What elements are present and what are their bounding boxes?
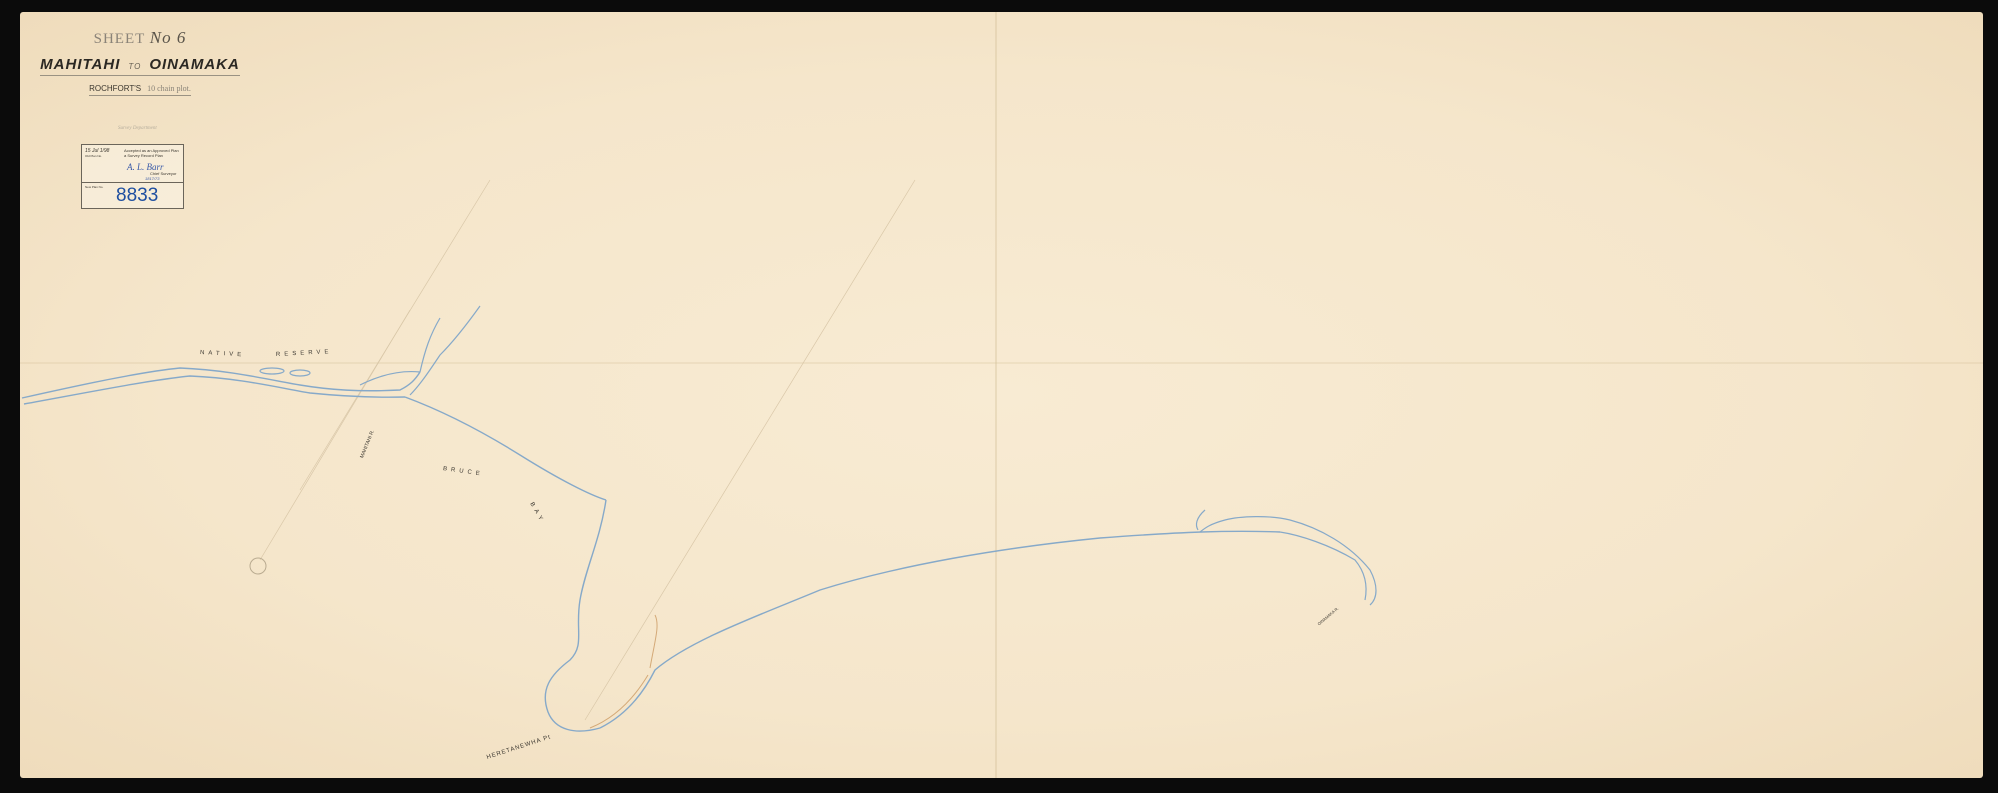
faint-annotation: Survey Department (118, 126, 157, 131)
map-subtitle: ROCHFORT'S10 chain plot. (89, 84, 191, 96)
new-plan-label: New Plan No. (85, 185, 103, 189)
coastline-west (22, 368, 1280, 731)
sheet-number-value: No 6 (150, 28, 187, 47)
stamp-upper: 15 Jul 1/98 Old Plan No. Accepted as an … (82, 145, 183, 183)
sheet-number: SHEET No 6 (40, 28, 240, 48)
coastline-map (0, 0, 1998, 793)
title-to-word: TO (128, 62, 141, 71)
coastline-east (1196, 510, 1376, 605)
survey-mark-circle (250, 558, 266, 574)
scale-note: 10 chain plot. (147, 84, 191, 93)
bearing-lines (260, 180, 915, 720)
title-block: SHEET No 6 MAHITAHITOOINAMAKA ROCHFORT'S… (40, 20, 240, 96)
old-plan-label: Old Plan No. (85, 154, 102, 158)
surveyor-name: ROCHFORT'S (89, 84, 141, 93)
title-from: MAHITAHI (40, 56, 120, 73)
plan-number: 8833 (116, 185, 158, 207)
sheet-label: SHEET (94, 31, 145, 47)
title-to: OINAMAKA (149, 56, 240, 73)
accepted-text: Accepted as an Approved Plan a Survey Re… (124, 148, 180, 158)
survey-record-stamp: 15 Jul 1/98 Old Plan No. Accepted as an … (81, 144, 184, 209)
shore-shading (590, 615, 657, 728)
reference-number: 1817/73 (145, 176, 159, 181)
map-title: MAHITAHITOOINAMAKA (40, 56, 240, 76)
